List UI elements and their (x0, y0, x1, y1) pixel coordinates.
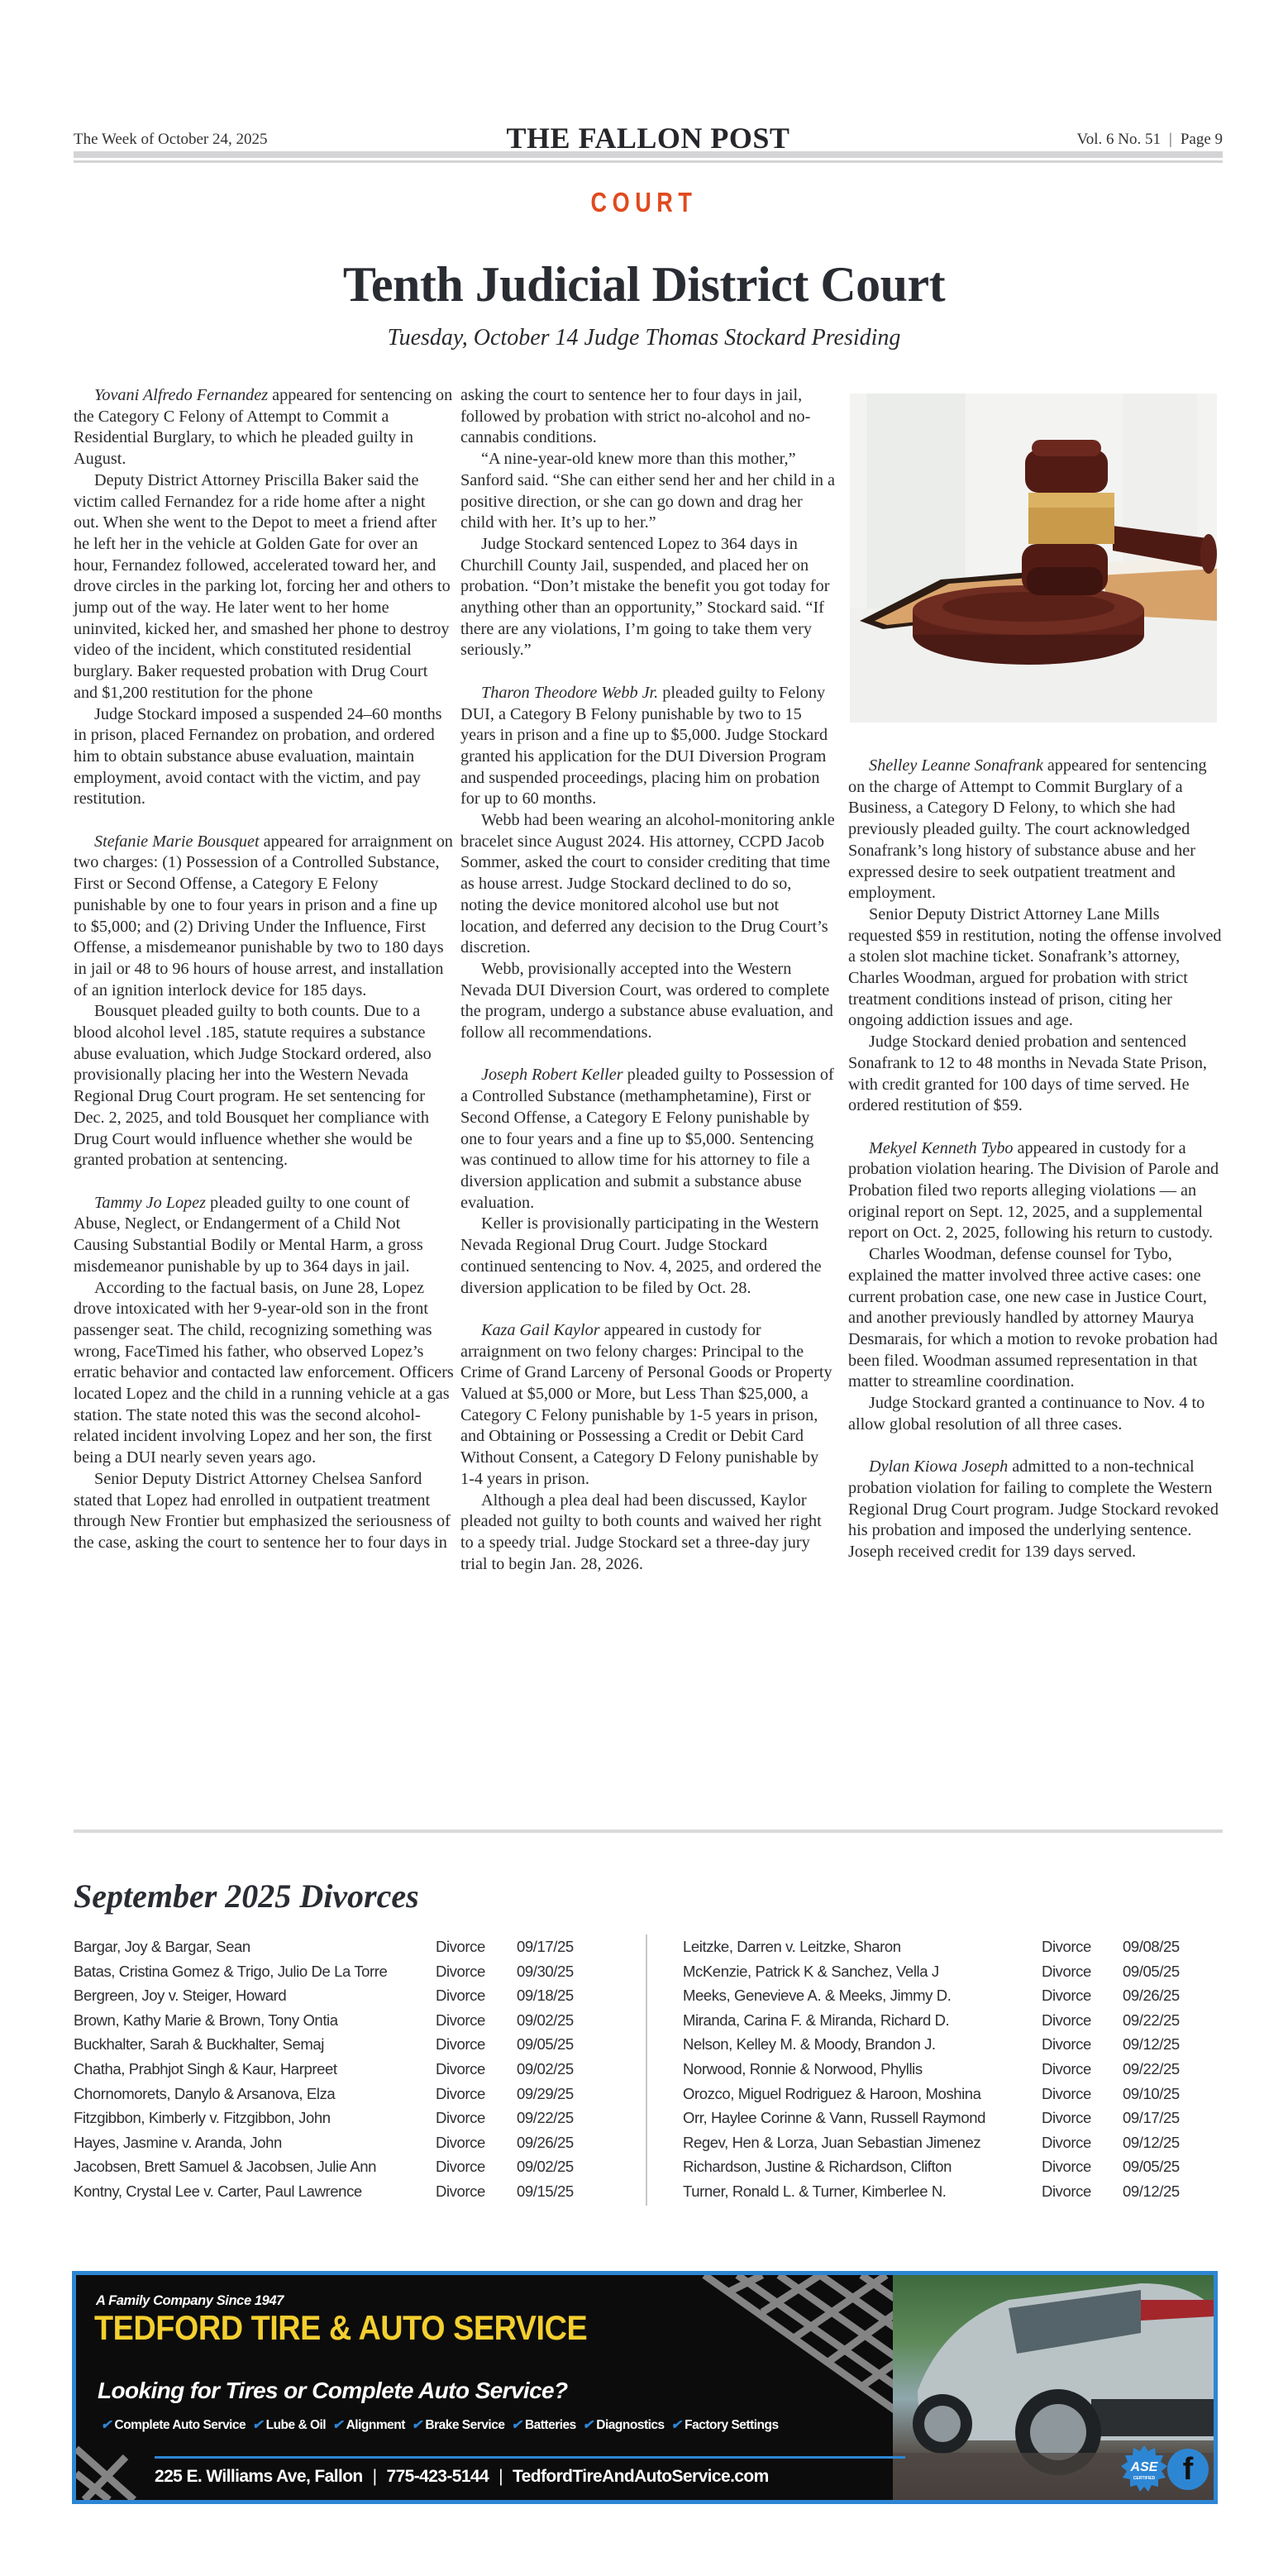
ad-services-list: ✔Complete Auto Service✔Lube & Oil✔Alignm… (101, 2417, 779, 2433)
tedford-tire-advertisement[interactable]: A Family Company Since 1947 TEDFORD TIRE… (72, 2271, 1218, 2504)
entry-paragraph: Tharon Theodore Webb Jr. pleaded guilty … (460, 683, 837, 810)
entry-paragraph: Senior Deputy District Attorney Lane Mil… (848, 904, 1224, 1032)
filing-date: 09/12/25 (1123, 2130, 1180, 2155)
divorce-row: Orr, Haylee Corinne & Vann, Russell Raym… (683, 2106, 1228, 2130)
case-type: Divorce (1042, 2130, 1123, 2155)
case-type: Divorce (436, 1934, 517, 1959)
entry-paragraph: Senior Deputy District Attorney Chelsea … (74, 1469, 454, 1555)
case-type: Divorce (436, 2130, 517, 2155)
entry-paragraph: Judge Stockard denied probation and sent… (848, 1032, 1224, 1117)
divorce-parties: Chornomorets, Danylo & Arsanova, Elza (74, 2082, 436, 2106)
entry-paragraph: Webb had been wearing an alcohol-monitor… (460, 810, 837, 959)
case-type: Divorce (1042, 1983, 1123, 2008)
ad-service-label: Brake Service (425, 2418, 504, 2433)
case-type: Divorce (436, 1983, 517, 2008)
separator: | (1169, 131, 1172, 149)
filing-date: 09/30/25 (517, 1959, 574, 1984)
filing-date: 09/22/25 (517, 2106, 574, 2130)
divorce-row: Miranda, Carina F. & Miranda, Richard D.… (683, 2008, 1228, 2033)
divorce-row: Meeks, Genevieve A. & Meeks, Jimmy D.Div… (683, 1983, 1228, 2008)
defendant-name: Dylan Kiowa Joseph (869, 1457, 1008, 1476)
separator: | (499, 2467, 503, 2487)
divorce-parties: Jacobsen, Brett Samuel & Jacobsen, Julie… (74, 2154, 436, 2179)
divorce-row: Brown, Kathy Marie & Brown, Tony OntiaDi… (74, 2008, 652, 2033)
divorce-row: Kontny, Crystal Lee v. Carter, Paul Lawr… (74, 2179, 652, 2204)
ad-service-item: ✔Complete Auto Service (101, 2417, 246, 2433)
filing-date: 09/02/25 (517, 2057, 574, 2082)
entry-paragraph: Deputy District Attorney Priscilla Baker… (74, 470, 454, 704)
issue-info: Vol. 6 No. 51 | Page 9 (1076, 131, 1223, 149)
article-headline: Tenth Judicial District Court (0, 256, 1288, 313)
checkmark-icon: ✔ (412, 2417, 422, 2433)
case-type: Divorce (436, 2082, 517, 2106)
divorce-row: Chornomorets, Danylo & Arsanova, ElzaDiv… (74, 2082, 652, 2106)
checkmark-icon: ✔ (252, 2417, 263, 2433)
divorce-parties: Hayes, Jasmine v. Aranda, John (74, 2130, 436, 2155)
ad-service-label: Complete Auto Service (115, 2418, 246, 2433)
divorces-list-right: Leitzke, Darren v. Leitzke, SharonDivorc… (683, 1934, 1228, 2204)
case-type: Divorce (1042, 1959, 1123, 1984)
entry-paragraph: “A nine-year-old knew more than this mot… (460, 449, 837, 534)
filing-date: 09/22/25 (1123, 2008, 1180, 2033)
divorce-parties: Meeks, Genevieve A. & Meeks, Jimmy D. (683, 1983, 1042, 2008)
divorce-parties: Miranda, Carina F. & Miranda, Richard D. (683, 2008, 1042, 2033)
ad-headline: Looking for Tires or Complete Auto Servi… (98, 2378, 568, 2404)
ad-service-item: ✔Factory Settings (671, 2417, 779, 2433)
case-type: Divorce (436, 2032, 517, 2057)
ad-service-label: Factory Settings (685, 2418, 778, 2433)
defendant-name: Mekyel Kenneth Tybo (869, 1139, 1014, 1157)
divorce-parties: Buckhalter, Sarah & Buckhalter, Semaj (74, 2032, 436, 2057)
divorce-row: Richardson, Justine & Richardson, Clifto… (683, 2154, 1228, 2179)
case-type: Divorce (1042, 2032, 1123, 2057)
divorce-row: Chatha, Prabhjot Singh & Kaur, HarpreetD… (74, 2057, 652, 2082)
checkmark-icon: ✔ (101, 2417, 112, 2433)
checkmark-icon: ✔ (511, 2417, 522, 2433)
filing-date: 09/05/25 (517, 2032, 574, 2057)
divorce-parties: Leitzke, Darren v. Leitzke, Sharon (683, 1934, 1042, 1959)
entry-paragraph: Shelley Leanne Sonafrank appeared for se… (848, 756, 1224, 904)
entry-paragraph: Kaza Gail Kaylor appeared in custody for… (460, 1320, 837, 1491)
case-type: Divorce (436, 2057, 517, 2082)
ase-label: ASE (1130, 2460, 1159, 2474)
divorce-row: Bargar, Joy & Bargar, SeanDivorce09/17/2… (74, 1934, 652, 1959)
entry-paragraph: Stefanie Marie Bousquet appeared for arr… (74, 832, 454, 1002)
defendant-name: Shelley Leanne Sonafrank (869, 756, 1043, 775)
article-subhead: Tuesday, October 14 Judge Thomas Stockar… (0, 325, 1288, 351)
filing-date: 09/29/25 (517, 2082, 574, 2106)
defendant-name: Tharon Theodore Webb Jr. (481, 684, 658, 702)
filing-date: 09/17/25 (1123, 2106, 1180, 2130)
divorces-title: September 2025 Divorces (74, 1877, 419, 1915)
filing-date: 09/18/25 (517, 1983, 574, 2008)
ad-service-label: Alignment (346, 2418, 405, 2433)
gavel-photo (850, 394, 1217, 723)
ad-service-item: ✔Alignment (332, 2417, 405, 2433)
ad-service-item: ✔Diagnostics (583, 2417, 665, 2433)
masthead: The Week of October 24, 2025 THE FALLON … (74, 121, 1223, 154)
filing-date: 09/26/25 (517, 2130, 574, 2155)
divorces-column-divider (646, 1934, 647, 2206)
case-type: Divorce (436, 2008, 517, 2033)
ad-service-item: ✔Brake Service (412, 2417, 505, 2433)
entry-paragraph: Joseph Robert Keller pleaded guilty to P… (460, 1065, 837, 1214)
defendant-name: Tammy Jo Lopez (94, 1194, 206, 1212)
publication-title: THE FALLON POST (74, 121, 1223, 155)
divorce-parties: Bergreen, Joy v. Steiger, Howard (74, 1983, 436, 2008)
entry-paragraph: Webb, provisionally accepted into the We… (460, 959, 837, 1044)
entry-paragraph-continued: asking the court to sentence her to four… (460, 385, 837, 449)
section-label: COURT (116, 187, 1172, 218)
filing-date: 09/05/25 (1123, 2154, 1180, 2179)
divorce-row: Buckhalter, Sarah & Buckhalter, SemajDiv… (74, 2032, 652, 2057)
ad-address: 225 E. Williams Ave, Fallon (155, 2467, 363, 2487)
ad-contact: 225 E. Williams Ave, Fallon | 775-423-51… (155, 2467, 769, 2487)
case-type: Divorce (1042, 2154, 1123, 2179)
divorce-parties: Norwood, Ronnie & Norwood, Phyllis (683, 2057, 1042, 2082)
ad-rule (155, 2456, 905, 2459)
ad-tagline: A Family Company Since 1947 (96, 2293, 284, 2309)
ad-service-label: Diagnostics (596, 2418, 664, 2433)
divorce-parties: Turner, Ronald L. & Turner, Kimberlee N. (683, 2179, 1042, 2204)
divorce-parties: Nelson, Kelley M. & Moody, Brandon J. (683, 2032, 1042, 2057)
entry-paragraph: Keller is provisionally participating in… (460, 1214, 837, 1299)
divorce-row: Jacobsen, Brett Samuel & Jacobsen, Julie… (74, 2154, 652, 2179)
entry-paragraph: Judge Stockard sentenced Lopez to 364 da… (460, 534, 837, 661)
case-type: Divorce (436, 2154, 517, 2179)
page-number: Page 9 (1181, 131, 1223, 149)
case-type: Divorce (1042, 2008, 1123, 2033)
entry-paragraph: Tammy Jo Lopez pleaded guilty to one cou… (74, 1193, 454, 1278)
entry-paragraph: Charles Woodman, defense counsel for Tyb… (848, 1244, 1224, 1393)
ad-service-item: ✔Lube & Oil (252, 2417, 326, 2433)
article-column-2: asking the court to sentence her to four… (460, 385, 837, 1575)
ase-sub-label: CERTIFIED (1133, 2476, 1156, 2481)
divorce-row: Regev, Hen & Lorza, Juan Sebastian Jimen… (683, 2130, 1228, 2155)
divorce-row: Nelson, Kelley M. & Moody, Brandon J.Div… (683, 2032, 1228, 2057)
masthead-rule-thick (74, 151, 1223, 158)
case-type: Divorce (1042, 2082, 1123, 2106)
divorce-parties: Regev, Hen & Lorza, Juan Sebastian Jimen… (683, 2130, 1042, 2155)
filing-date: 09/02/25 (517, 2008, 574, 2033)
filing-date: 09/12/25 (1123, 2032, 1180, 2057)
checkmark-icon: ✔ (671, 2417, 682, 2433)
filing-date: 09/12/25 (1123, 2179, 1180, 2204)
divorce-row: Hayes, Jasmine v. Aranda, JohnDivorce09/… (74, 2130, 652, 2155)
divorce-parties: Brown, Kathy Marie & Brown, Tony Ontia (74, 2008, 436, 2033)
entry-paragraph: Yovani Alfredo Fernandez appeared for se… (74, 385, 454, 470)
article-column-1: Yovani Alfredo Fernandez appeared for se… (74, 385, 454, 1555)
filing-date: 09/26/25 (1123, 1983, 1180, 2008)
case-type: Divorce (1042, 1934, 1123, 1959)
entry-paragraph: Mekyel Kenneth Tybo appeared in custody … (848, 1138, 1224, 1245)
divorce-row: Norwood, Ronnie & Norwood, PhyllisDivorc… (683, 2057, 1228, 2082)
divorce-parties: Orozco, Miguel Rodriguez & Haroon, Moshi… (683, 2082, 1042, 2106)
filing-date: 09/10/25 (1123, 2082, 1180, 2106)
case-type: Divorce (436, 2179, 517, 2204)
defendant-name: Yovani Alfredo Fernandez (94, 386, 268, 404)
divorce-parties: Kontny, Crystal Lee v. Carter, Paul Lawr… (74, 2179, 436, 2204)
entry-paragraph: According to the factual basis, on June … (74, 1278, 454, 1469)
defendant-name: Kaza Gail Kaylor (481, 1321, 600, 1339)
case-type: Divorce (1042, 2057, 1123, 2082)
case-type: Divorce (436, 1959, 517, 1984)
entry-paragraph: Although a plea deal had been discussed,… (460, 1491, 837, 1576)
checkmark-icon: ✔ (583, 2417, 594, 2433)
case-type: Divorce (1042, 2106, 1123, 2130)
section-divider (74, 1829, 1223, 1833)
article-column-3: Shelley Leanne Sonafrank appeared for se… (848, 756, 1224, 1563)
divorce-parties: Richardson, Justine & Richardson, Clifto… (683, 2154, 1042, 2179)
divorce-row: McKenzie, Patrick K & Sanchez, Vella JDi… (683, 1959, 1228, 1984)
divorce-parties: Orr, Haylee Corinne & Vann, Russell Raym… (683, 2106, 1042, 2130)
entry-paragraph: Bousquet pleaded guilty to both counts. … (74, 1001, 454, 1171)
ad-service-label: Lube & Oil (266, 2418, 327, 2433)
filing-date: 09/08/25 (1123, 1934, 1180, 1959)
divorces-list-left: Bargar, Joy & Bargar, SeanDivorce09/17/2… (74, 1934, 652, 2204)
filing-date: 09/05/25 (1123, 1959, 1180, 1984)
entry-paragraph: Judge Stockard granted a continuance to … (848, 1393, 1224, 1435)
divorce-parties: Bargar, Joy & Bargar, Sean (74, 1934, 436, 1959)
defendant-name: Joseph Robert Keller (481, 1066, 623, 1084)
divorce-row: Leitzke, Darren v. Leitzke, SharonDivorc… (683, 1934, 1228, 1959)
ad-phone[interactable]: 775-423-5144 (387, 2467, 489, 2487)
divorce-parties: McKenzie, Patrick K & Sanchez, Vella J (683, 1959, 1042, 1984)
ad-service-label: Batteries (525, 2418, 576, 2433)
checkmark-icon: ✔ (332, 2417, 343, 2433)
gavel-icon (850, 394, 1217, 723)
filing-date: 09/22/25 (1123, 2057, 1180, 2082)
case-type: Divorce (436, 2106, 517, 2130)
separator: | (373, 2467, 377, 2487)
entry-paragraph: Judge Stockard imposed a suspended 24–60… (74, 704, 454, 811)
divorce-parties: Batas, Cristina Gomez & Trigo, Julio De … (74, 1959, 436, 1984)
divorce-row: Fitzgibbon, Kimberly v. Fitzgibbon, John… (74, 2106, 652, 2130)
ad-website-link[interactable]: TedfordTireAndAutoService.com (513, 2467, 769, 2487)
ad-service-item: ✔Batteries (511, 2417, 575, 2433)
divorce-row: Orozco, Miguel Rodriguez & Haroon, Moshi… (683, 2082, 1228, 2106)
divorce-row: Turner, Ronald L. & Turner, Kimberlee N.… (683, 2179, 1228, 2204)
divorce-row: Bergreen, Joy v. Steiger, HowardDivorce0… (74, 1983, 652, 2008)
filing-date: 09/02/25 (517, 2154, 574, 2179)
filing-date: 09/17/25 (517, 1934, 574, 1959)
divorce-parties: Chatha, Prabhjot Singh & Kaur, Harpreet (74, 2057, 436, 2082)
volume-number: Vol. 6 No. 51 (1076, 131, 1161, 149)
filing-date: 09/15/25 (517, 2179, 574, 2204)
facebook-icon[interactable]: f (1167, 2449, 1209, 2490)
ase-certified-icon: ASE CERTIFIED (1121, 2445, 1167, 2492)
ad-brand-name: TEDFORD TIRE & AUTO SERVICE (94, 2308, 587, 2348)
divorce-parties: Fitzgibbon, Kimberly v. Fitzgibbon, John (74, 2106, 436, 2130)
defendant-name: Stefanie Marie Bousquet (94, 832, 260, 851)
case-type: Divorce (1042, 2179, 1123, 2204)
divorce-row: Batas, Cristina Gomez & Trigo, Julio De … (74, 1959, 652, 1984)
masthead-rule-thin (74, 160, 1223, 163)
entry-paragraph: Dylan Kiowa Joseph admitted to a non-tec… (848, 1457, 1224, 1563)
